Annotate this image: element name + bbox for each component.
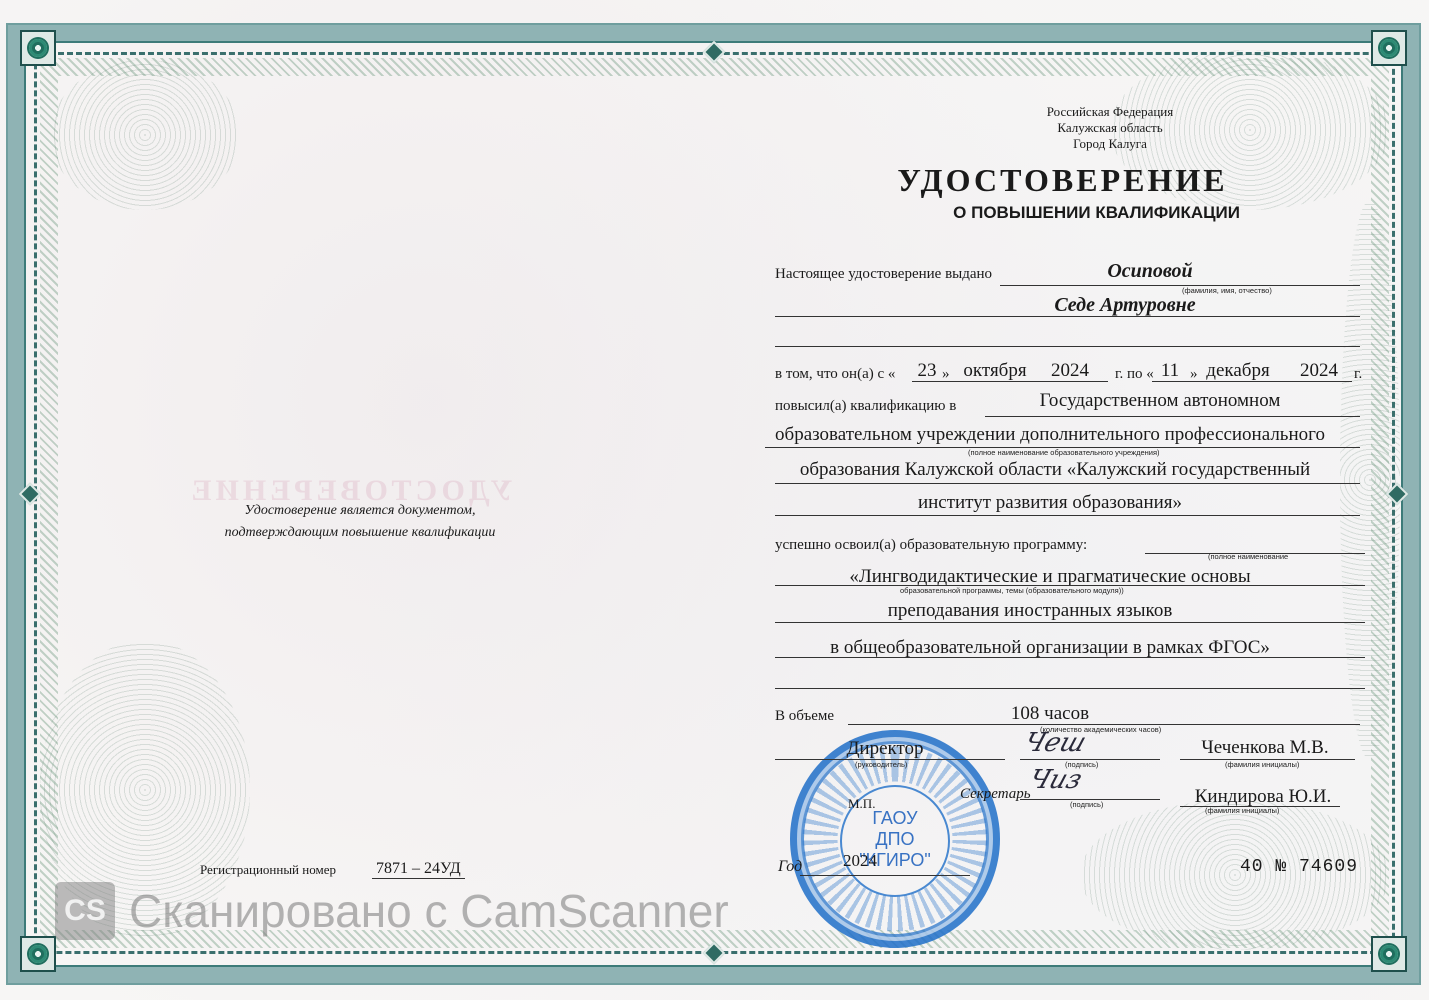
document-subtitle: О ПОВЫШЕНИИ КВАЛИФИКАЦИИ	[830, 203, 1240, 223]
field-underline	[775, 346, 1360, 347]
certificate-page: УДОСТОВЕРЕНИЕ Удостоверение является док…	[0, 0, 1429, 1000]
director-hint: (руководитель)	[855, 760, 907, 769]
director-role: Директор	[835, 738, 935, 760]
registration-label: Регистрационный номер	[200, 862, 336, 878]
watermark-text: Сканировано с CamScanner	[129, 884, 729, 938]
corner-star-icon	[1371, 30, 1407, 66]
guilloche-pattern	[50, 60, 240, 210]
country-line: Российская Федерация	[960, 104, 1260, 120]
corner-star-icon	[20, 30, 56, 66]
secretary-role: Секретарь	[960, 786, 1031, 803]
end-year: 2024	[1284, 360, 1354, 382]
director-name: Чеченкова М.В.	[1190, 737, 1340, 759]
field-underline	[775, 622, 1365, 623]
period-mid: г. по «	[1115, 366, 1154, 383]
end-month: декабря	[1198, 360, 1278, 382]
field-underline	[1000, 285, 1360, 286]
period-suffix: г.	[1354, 366, 1362, 383]
signature-hint: (подпись)	[1070, 800, 1103, 809]
recipient-name: Седе Артуровне	[1010, 294, 1240, 317]
institution-line: Государственном автономном	[1000, 390, 1320, 412]
program-label: успешно освоил(а) образовательную програ…	[775, 537, 1087, 554]
start-year: 2024	[1035, 360, 1105, 382]
field-underline	[1152, 381, 1352, 382]
camscanner-watermark: CS Сканировано с CamScanner	[55, 882, 729, 940]
institution-label: повысил(а) квалификацию в	[775, 398, 956, 415]
corner-star-icon	[1371, 936, 1407, 972]
city-line: Город Калуга	[960, 136, 1260, 152]
director-signature: Чеш	[1020, 728, 1090, 758]
field-underline	[985, 416, 1360, 417]
field-underline	[775, 515, 1360, 516]
program-hint: (полное наименование	[1208, 552, 1288, 561]
volume-label: В объеме	[775, 708, 834, 725]
serial-number: 40 № 74609	[1240, 857, 1358, 877]
recipient-surname: Осиповой	[1040, 260, 1260, 283]
volume-value: 108 часов	[990, 703, 1110, 725]
program-line: в общеобразовательной организации в рамк…	[780, 637, 1320, 659]
institution-line: образования Калужской области «Калужский…	[775, 459, 1335, 481]
period-prefix: в том, что он(а) с «	[775, 366, 895, 383]
corner-star-icon	[20, 936, 56, 972]
year-value: 2024	[835, 851, 885, 871]
name-hint: (фамилия инициалы)	[1205, 806, 1279, 815]
start-month: октября	[955, 360, 1035, 382]
year-label: Год	[778, 858, 802, 876]
field-underline	[800, 875, 970, 876]
program-line: преподавания иностранных языков	[830, 600, 1230, 622]
seal-line: ДПО	[840, 829, 950, 850]
field-underline	[775, 688, 1365, 689]
note-line: подтверждающим повышение квалификации	[150, 522, 570, 544]
field-underline	[775, 483, 1360, 484]
guilloche-pattern	[1340, 200, 1400, 760]
document-note: Удостоверение является документом, подтв…	[150, 500, 570, 544]
secretary-name: Киндирова Ю.И.	[1183, 786, 1343, 808]
region-line: Калужская область	[960, 120, 1260, 136]
note-line: Удостоверение является документом,	[150, 500, 570, 522]
camscanner-logo-icon: CS	[55, 882, 115, 940]
seal-placeholder: М.П.	[848, 796, 875, 812]
field-underline	[912, 381, 1108, 382]
end-day: 11	[1152, 360, 1188, 382]
program-hint: образовательной программы, темы (образов…	[900, 586, 1124, 595]
document-title: УДОСТОВЕРЕНИЕ	[830, 162, 1295, 199]
field-underline	[775, 657, 1365, 658]
start-day: 23	[912, 360, 942, 382]
name-hint: (фамилия инициалы)	[1225, 760, 1299, 769]
institution-hint: (полное наименование образовательного уч…	[968, 448, 1160, 457]
secretary-signature: Чиз	[1025, 765, 1086, 795]
institution-line: институт развития образования»	[850, 492, 1250, 514]
issuer-location: Российская Федерация Калужская область Г…	[960, 104, 1260, 152]
issued-label: Настоящее удостоверение выдано	[775, 266, 992, 283]
registration-number: 7871 – 24УД	[372, 860, 465, 879]
institution-line: образовательном учреждении дополнительно…	[765, 424, 1335, 446]
